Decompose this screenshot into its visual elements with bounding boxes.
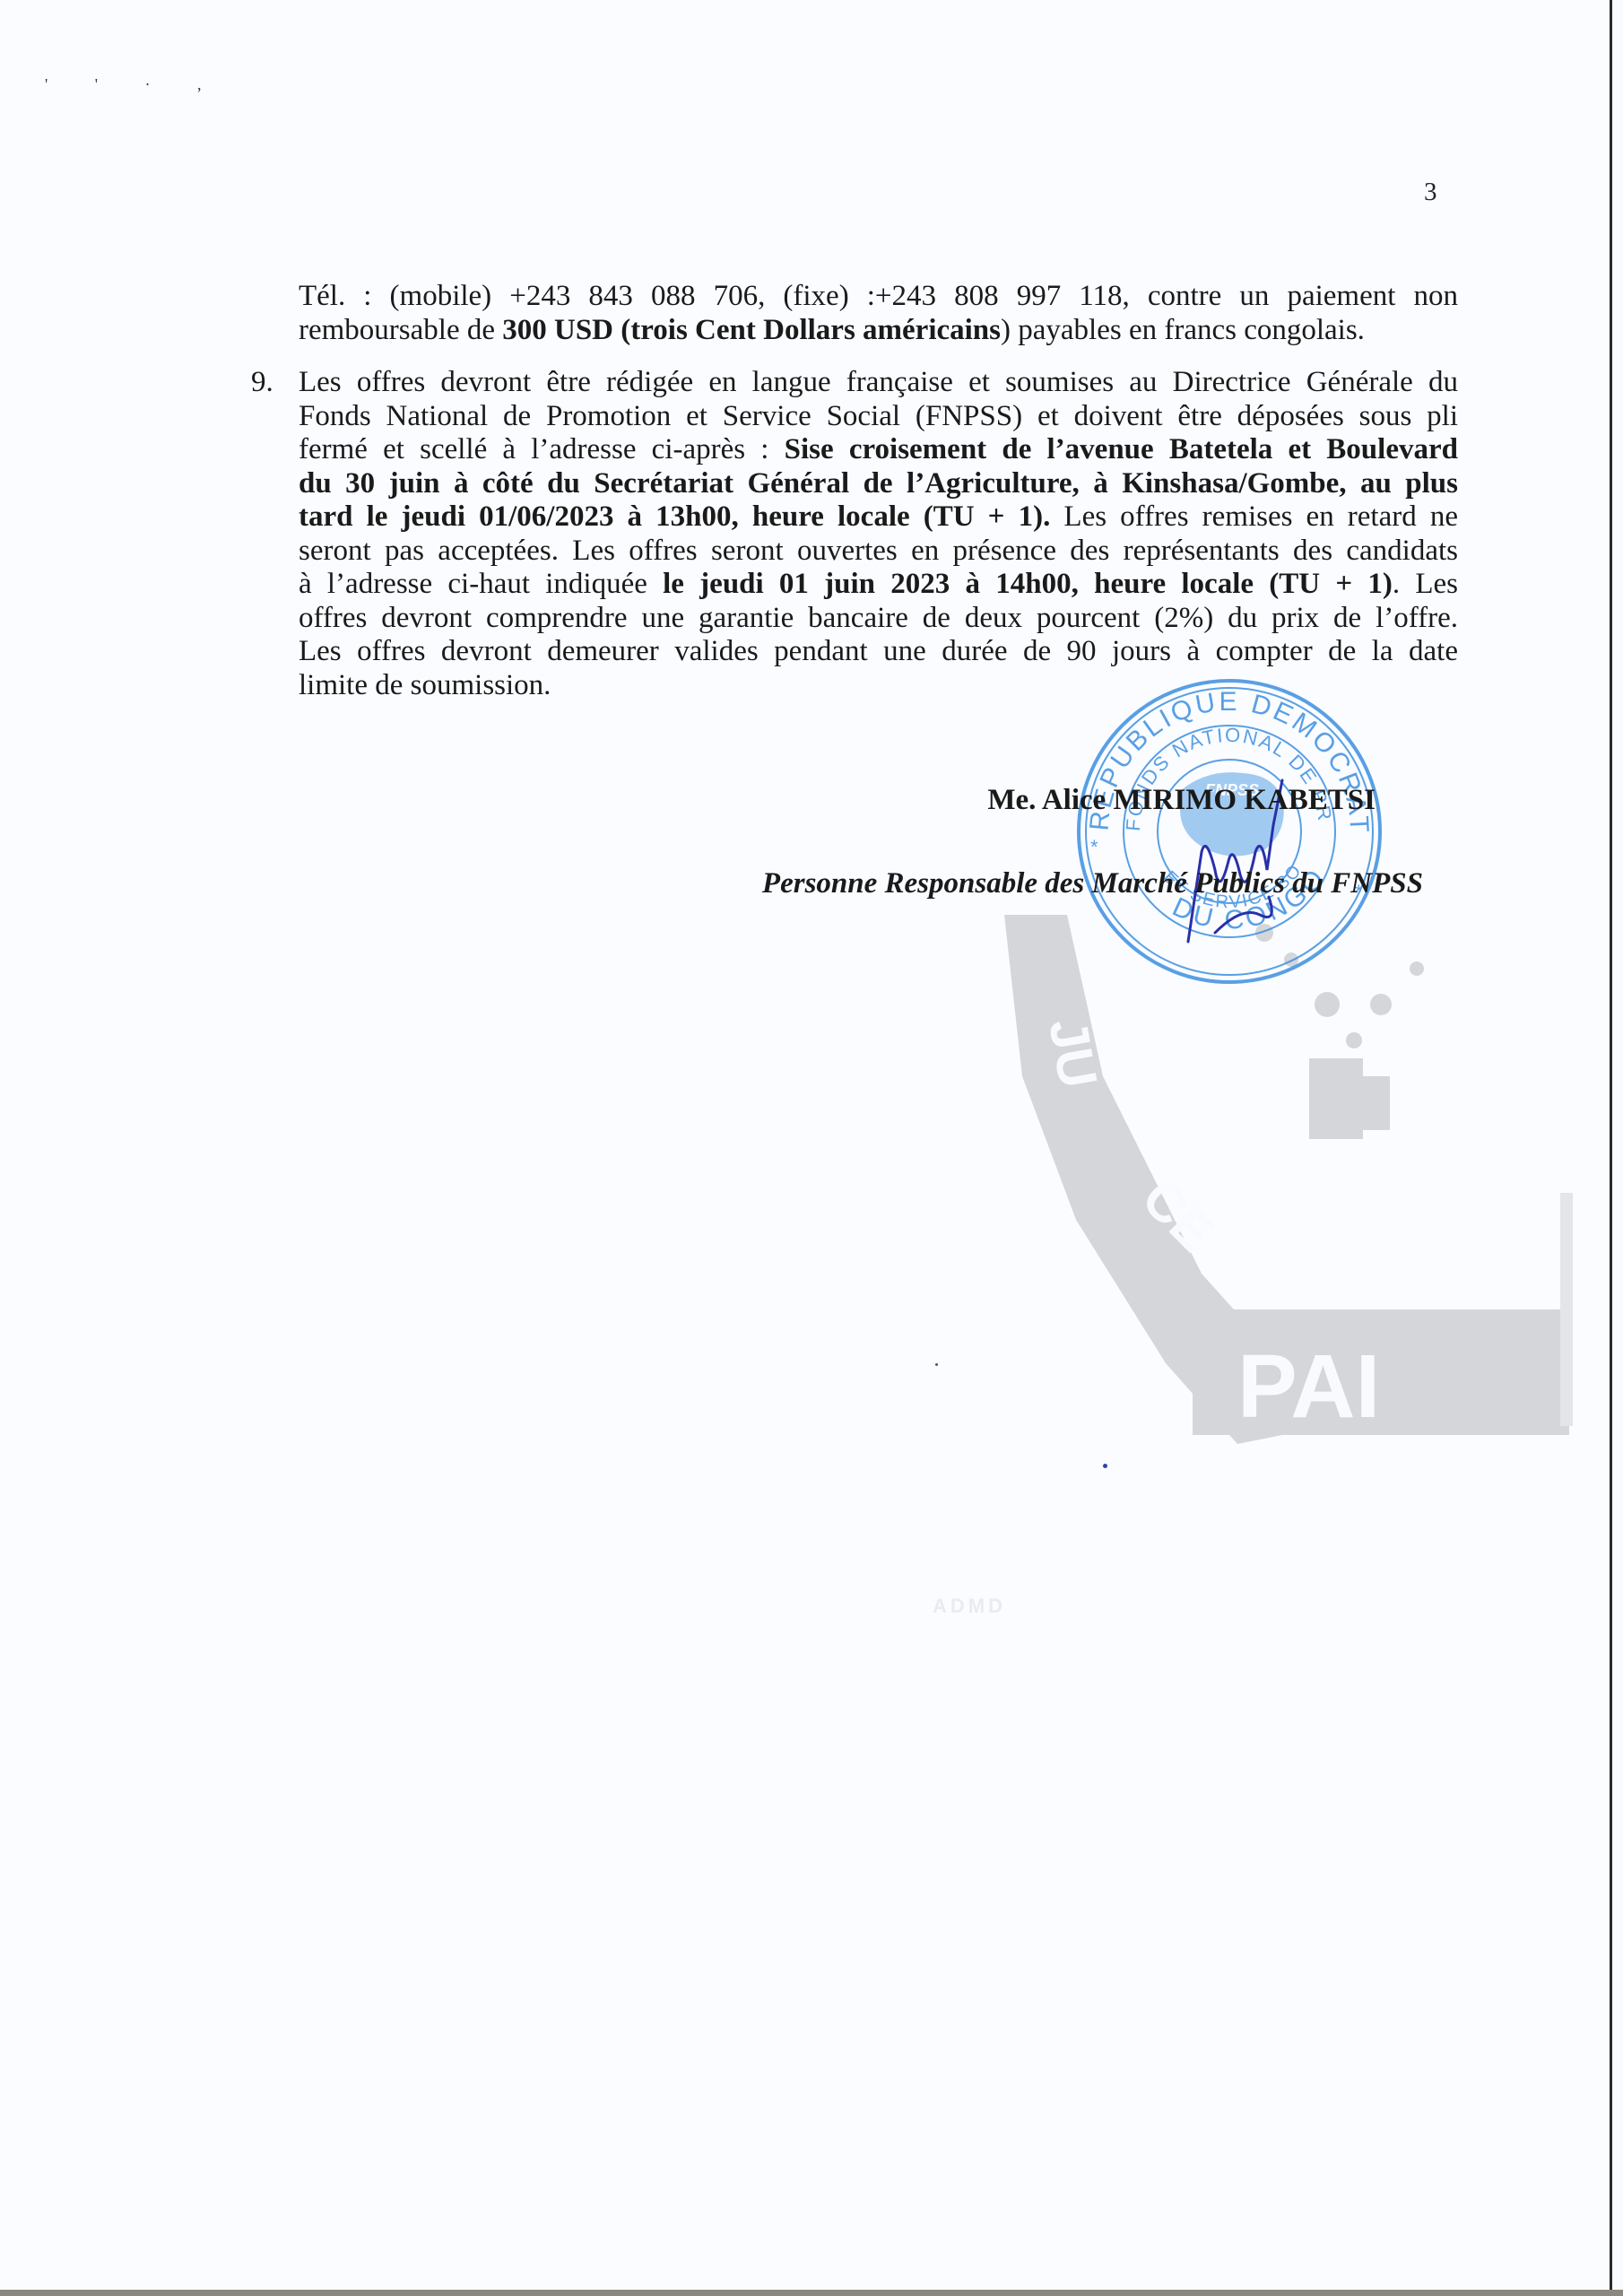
svg-text:PAI: PAI: [1237, 1336, 1380, 1437]
text-run: Tél. : (mobile) +243 843 088 706, (fixe)…: [299, 280, 1458, 312]
watermark-emblem-icon: PAI JU CE: [968, 897, 1614, 1507]
bold-text-run: le jeudi 01 juin 2023 à 14h00, heure loc…: [663, 568, 1393, 600]
text-line: du 30 juin à côté du Secrétariat Général…: [299, 467, 1458, 501]
ink-dot: [935, 1363, 938, 1366]
list-item-number: 9.: [251, 366, 273, 400]
page-number: 3: [1424, 178, 1437, 207]
text-run: à l’adresse ci-haut indiquée: [299, 568, 663, 600]
text-line: Les offres devront demeurer valides pend…: [299, 635, 1458, 669]
ghost-text: ADMD: [933, 1595, 1006, 1618]
svg-text:JU: JU: [1037, 1014, 1108, 1092]
ink-dot: [1103, 1464, 1107, 1468]
bold-text-run: Sise croisement de l’avenue Batetela et …: [785, 433, 1458, 465]
document-page: ' ' · , 3 PAI JU CE ADMD Tél. : (mobile)…: [0, 0, 1612, 2290]
scan-bottom-edge: [0, 2290, 1623, 2296]
list-item-9: Les offres devront être rédigée en langu…: [299, 366, 1458, 702]
scan-marks: ' ' · ,: [45, 75, 222, 94]
signatory-title: Personne Responsable des Marché Publics …: [762, 867, 1423, 900]
text-run: . Les: [1393, 568, 1458, 600]
bold-text-run: tard le jeudi 01/06/2023 à 13h00, heure …: [299, 500, 1050, 533]
text-run: limite de soumission.: [299, 669, 551, 701]
bold-text-run: du 30 juin à côté du Secrétariat Général…: [299, 467, 1458, 500]
svg-text:*: *: [1090, 836, 1098, 858]
bold-text-run: 300 USD (trois Cent Dollars américains: [502, 314, 1001, 346]
text-run: seront pas acceptées. Les offres seront …: [299, 535, 1458, 567]
text-run: remboursable de: [299, 314, 502, 346]
text-run: ) payables en francs congolais.: [1001, 314, 1365, 346]
text-line: Les offres devront être rédigée en langu…: [299, 366, 1458, 400]
text-line: offres devront comprendre une garantie b…: [299, 602, 1458, 636]
signatory-name: Me. Alice MIRIMO KABETSI: [987, 784, 1376, 817]
text-line: remboursable de 300 USD (trois Cent Doll…: [299, 314, 1458, 348]
text-line: Fonds National de Promotion et Service S…: [299, 400, 1458, 434]
text-run: fermé et scellé à l’adresse ci-après :: [299, 433, 785, 465]
text-line: seront pas acceptées. Les offres seront …: [299, 535, 1458, 569]
text-run: Les offres devront être rédigée en langu…: [299, 366, 1458, 398]
text-run: Les offres remises en retard ne: [1050, 500, 1458, 533]
text-line: Tél. : (mobile) +243 843 088 706, (fixe)…: [299, 280, 1458, 314]
text-line: tard le jeudi 01/06/2023 à 13h00, heure …: [299, 500, 1458, 535]
text-line: à l’adresse ci-haut indiquée le jeudi 01…: [299, 568, 1458, 602]
text-run: Les offres devront demeurer valides pend…: [299, 635, 1458, 667]
text-line: fermé et scellé à l’adresse ci-après : S…: [299, 433, 1458, 467]
text-run: offres devront comprendre une garantie b…: [299, 602, 1458, 634]
text-run: Fonds National de Promotion et Service S…: [299, 400, 1458, 432]
paragraph-continuation: Tél. : (mobile) +243 843 088 706, (fixe)…: [299, 280, 1458, 347]
